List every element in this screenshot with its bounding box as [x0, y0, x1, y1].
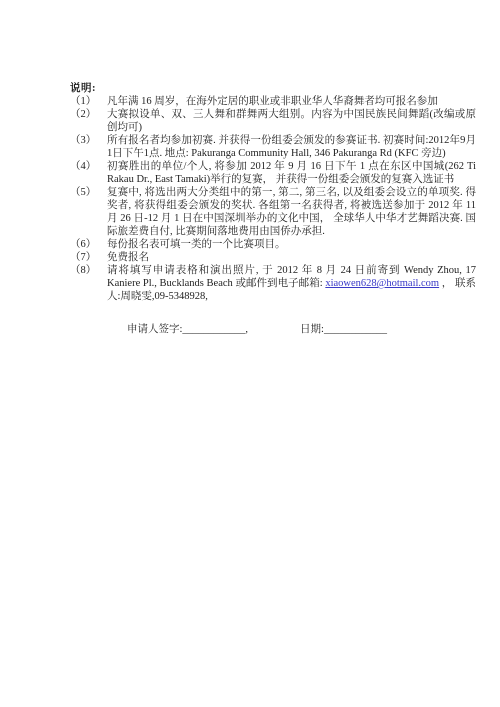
note-item-2: （2） 大赛拟设单、双、三人舞和群舞两大组别。内容为中国民族民间舞蹈(改编或原创… — [70, 108, 476, 134]
note-item-6: （6） 每份报名表可填一类的一个比赛项目。 — [70, 238, 476, 251]
note-item-4-text: 初赛胜出的单位/个人, 将参加 2012 年 9 月 16 日下午 1 点在东区… — [107, 160, 476, 186]
notes-section: 说明: （1） 凡年满 16 周岁，在海外定居的职业或非职业华人华裔舞者均可报名… — [70, 82, 476, 336]
signature-row: 申请人签字:____________, 日期:____________ — [70, 323, 476, 336]
note-item-4: （4） 初赛胜出的单位/个人, 将参加 2012 年 9 月 16 日下午 1 … — [70, 160, 476, 186]
note-item-8-marker: （8） — [70, 264, 107, 277]
note-item-3: （3） 所有报名者均参加初赛. 并获得一份组委会颁发的参赛证书. 初赛时间:20… — [70, 134, 476, 160]
note-item-3-text: 所有报名者均参加初赛. 并获得一份组委会颁发的参赛证书. 初赛时间:2012年9… — [107, 134, 476, 160]
note-item-5-marker: （5） — [70, 186, 107, 199]
applicant-signature-label: 申请人签字:____________, — [127, 323, 248, 336]
note-item-8-text: 请将填写申请表格和演出照片, 于 2012 年 8 月 24 日前寄到 Wend… — [107, 264, 476, 303]
note-item-7: （7） 免费报名 — [70, 251, 476, 264]
note-item-5: （5） 复赛中, 将选出两大分类组中的第一, 第二, 第三名, 以及组委会设立的… — [70, 186, 476, 238]
document-page: 说明: （1） 凡年满 16 周岁，在海外定居的职业或非职业华人华裔舞者均可报名… — [0, 0, 500, 707]
note-item-6-text: 每份报名表可填一类的一个比赛项目。 — [107, 238, 476, 251]
note-item-7-text: 免费报名 — [107, 251, 476, 264]
note-item-3-marker: （3） — [70, 134, 107, 147]
note-item-6-marker: （6） — [70, 238, 107, 251]
notes-heading: 说明: — [70, 82, 476, 95]
note-item-4-marker: （4） — [70, 160, 107, 173]
note-item-7-marker: （7） — [70, 251, 107, 264]
note-item-1-marker: （1） — [70, 95, 107, 108]
note-item-8: （8） 请将填写申请表格和演出照片, 于 2012 年 8 月 24 日前寄到 … — [70, 264, 476, 303]
note-item-1-text: 凡年满 16 周岁，在海外定居的职业或非职业华人华裔舞者均可报名参加 — [107, 95, 476, 108]
note-item-5-text: 复赛中, 将选出两大分类组中的第一, 第二, 第三名, 以及组委会设立的单项奖.… — [107, 186, 476, 238]
email-link[interactable]: xiaowen628@hotmail.com — [325, 278, 439, 289]
date-label: 日期:____________ — [300, 323, 387, 336]
note-item-2-text: 大赛拟设单、双、三人舞和群舞两大组别。内容为中国民族民间舞蹈(改编或原创均可) — [107, 108, 476, 134]
note-item-1: （1） 凡年满 16 周岁，在海外定居的职业或非职业华人华裔舞者均可报名参加 — [70, 95, 476, 108]
note-item-2-marker: （2） — [70, 108, 107, 121]
